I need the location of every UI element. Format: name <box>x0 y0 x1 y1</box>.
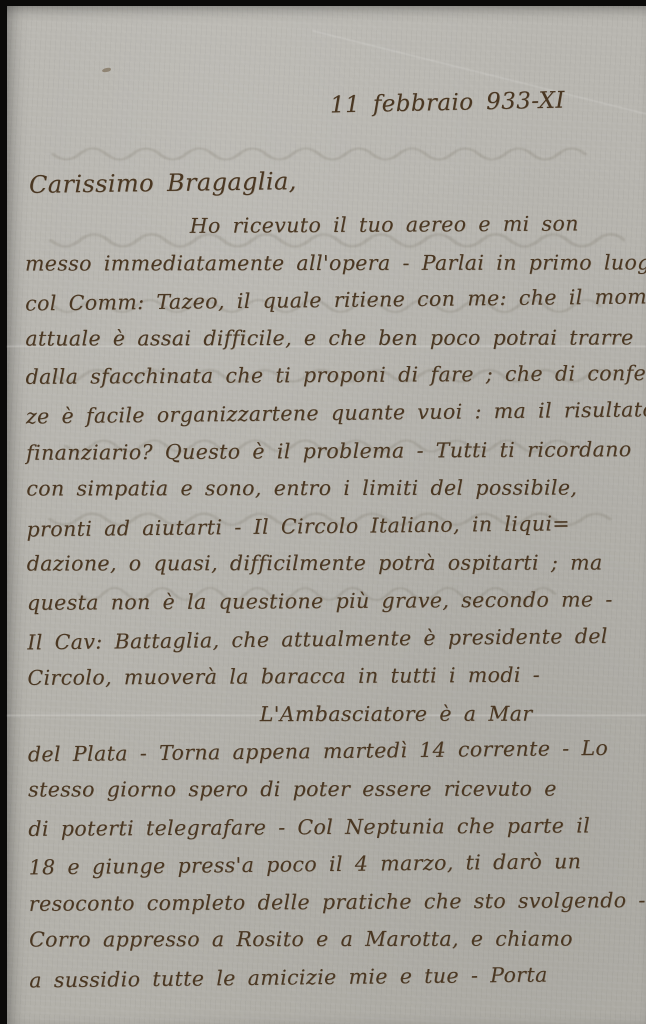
letter-line: dalla sfacchinata che ti proponi di fare… <box>26 356 632 397</box>
letter-line: a sussidio tutte le amicizie mie e tue -… <box>29 955 635 999</box>
letter-line: di poterti telegrafare - Col Neptunia ch… <box>28 807 634 848</box>
letter-line: con simpatia e sono, entro i limiti del … <box>26 470 632 509</box>
letter-line: questa non è la questione più grave, sec… <box>27 581 633 622</box>
letter-body: Ho ricevuto il tuo aereo e mi son messo … <box>25 205 636 998</box>
letter-line: finanziario? Questo è il problema - Tutt… <box>26 431 632 472</box>
letter-salutation: Carissimo Bragaglia, <box>29 167 297 199</box>
letter-line: 18 e giunge press'a poco il 4 marzo, ti … <box>28 843 634 887</box>
letter-line: attuale è assai difficile, e che ben poc… <box>25 319 631 358</box>
letter-line: Ho ricevuto il tuo aereo e mi son <box>25 205 631 246</box>
letter-line: Corro appresso a Rosito e a Marotta, e c… <box>29 921 635 960</box>
letter-date: 11 febbraio 933-XI <box>330 88 565 119</box>
letter-line: dazione, o quasi, difficilmente potrà os… <box>27 545 633 584</box>
letter-line: pronti ad aiutarti - Il Circolo Italiano… <box>26 504 632 548</box>
letter-line: L'Ambasciatore è a Mar <box>28 695 634 734</box>
letter-line: del Plata - Torna appena martedì 14 corr… <box>28 730 634 774</box>
letter-line: resoconto completo delle pratiche che st… <box>29 882 635 923</box>
letter-line: col Comm: Tazeo, il quale ritiene con me… <box>25 279 631 323</box>
letter-line: stesso giorno spero di poter essere rice… <box>28 770 634 809</box>
letter-line: Il Cav: Battaglia, che attualmente è pre… <box>27 617 633 661</box>
letter-line: messo immediatamente all'opera - Parlai … <box>25 244 631 283</box>
letter-paper-sheet: 11 febbraio 933-XI Carissimo Bragaglia, … <box>7 6 646 1024</box>
ink-fleck <box>102 67 112 73</box>
letter-line: ze è facile organizzartene quante vuoi :… <box>26 392 632 436</box>
letter-line: Circolo, muoverà la baracca in tutti i m… <box>27 656 633 697</box>
letter-photograph: { "page": { "background_color": "#0b0a09… <box>0 0 646 1024</box>
